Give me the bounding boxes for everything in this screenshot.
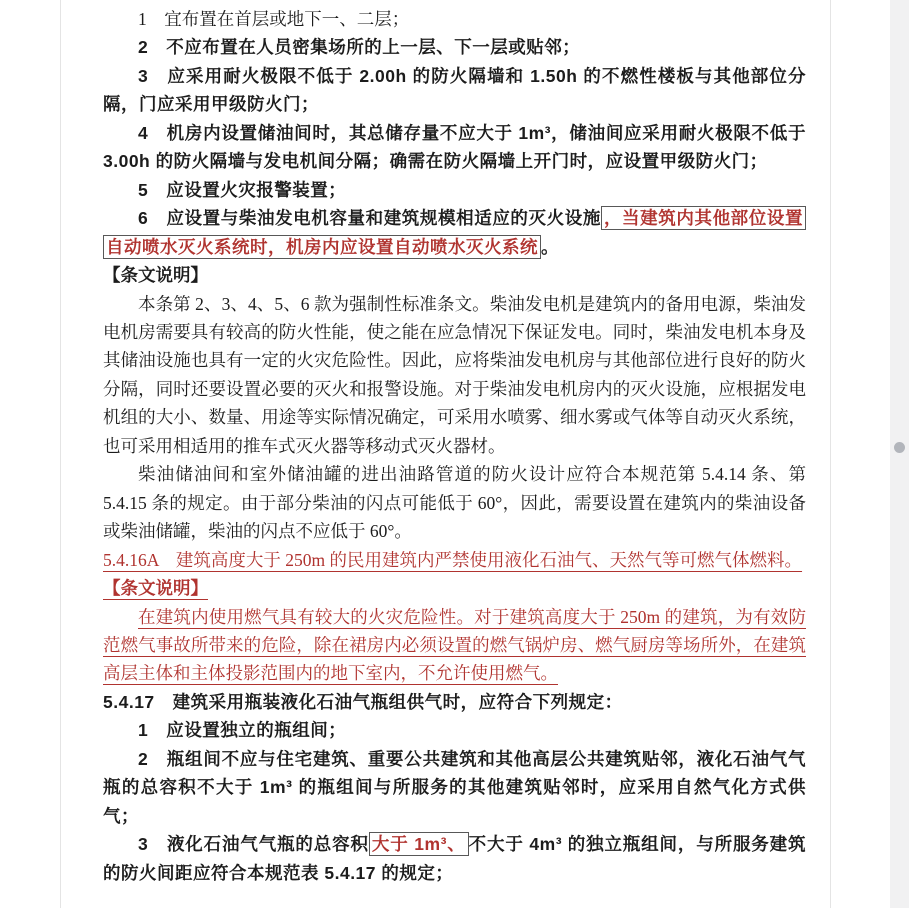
clause-text: 1 宜布置在首层或地下一、二层；: [138, 9, 409, 29]
scrollbar-thumb[interactable]: [894, 442, 905, 453]
explanation-heading-black: 【条文说明】: [103, 261, 806, 289]
amendment-body-text: 在建筑内使用燃气具有较大的火灾危险性。对于建筑高度大于 250m 的建筑，为有效…: [103, 607, 806, 684]
heading-text: 【条文说明】: [103, 265, 208, 285]
clause-5-4-17-item-3: 3 液化石油气气瓶的总容积大于 1m³、不大于 4m³ 的独立瓶组间，与所服务建…: [103, 830, 806, 887]
clause-text: 3 液化石油气气瓶的总容积: [138, 834, 369, 854]
clause-item-5: 5 应设置火灾报警装置；: [103, 176, 806, 204]
clause-text: 4 机房内设置储油间时，其总储存量不应大于 1m³，储油间应采用耐火极限不低于 …: [103, 123, 806, 171]
red-boxed-insertion: 大于 1m³、: [369, 832, 469, 856]
scrollbar-track[interactable]: [890, 0, 909, 908]
explanation-paragraph-red: 在建筑内使用燃气具有较大的火灾危险性。对于建筑高度大于 250m 的建筑，为有效…: [103, 603, 806, 688]
explanation-paragraph-2: 柴油储油间和室外储油罐的进出油路管道的防火设计应符合本规范第 5.4.14 条、…: [103, 460, 806, 545]
document-page: 1 宜布置在首层或地下一、二层； 2 不应布置在人员密集场所的上一层、下一层或贴…: [103, 5, 806, 887]
clause-5-4-16A: 5.4.16A 建筑高度大于 250m 的民用建筑内严禁使用液化石油气、天然气等…: [103, 546, 806, 574]
clause-item-6: 6 应设置与柴油发电机容量和建筑规模相适应的灭火设施，当建筑内其他部位设置自动喷…: [103, 204, 806, 261]
clause-text: 2 不应布置在人员密集场所的上一层、下一层或贴邻；: [138, 37, 580, 57]
clause-text: 3 应采用耐火极限不低于 2.00h 的防火隔墙和 1.50h 的不燃性楼板与其…: [103, 66, 806, 114]
clause-item-3: 3 应采用耐火极限不低于 2.00h 的防火隔墙和 1.50h 的不燃性楼板与其…: [103, 62, 806, 119]
clause-text: 。: [541, 237, 559, 257]
clause-text: 2 瓶组间不应与住宅建筑、重要公共建筑和其他高层公共建筑贴邻，液化石油气气瓶的总…: [103, 749, 806, 826]
body-text: 柴油储油间和室外储油罐的进出油路管道的防火设计应符合本规范第 5.4.14 条、…: [103, 464, 806, 541]
amendment-clause-text: 5.4.16A 建筑高度大于 250m 的民用建筑内严禁使用液化石油气、天然气等…: [103, 550, 802, 570]
clause-5-4-17-item-1: 1 应设置独立的瓶组间；: [103, 716, 806, 744]
heading-text: 【条文说明】: [103, 578, 208, 598]
explanation-heading-red: 【条文说明】: [103, 574, 806, 602]
clause-5-4-17: 5.4.17 建筑采用瓶装液化石油气瓶组供气时，应符合下列规定：: [103, 688, 806, 716]
clause-5-4-17-item-2: 2 瓶组间不应与住宅建筑、重要公共建筑和其他高层公共建筑贴邻，液化石油气气瓶的总…: [103, 745, 806, 830]
page-left-edge: [60, 0, 61, 908]
clause-text: 1 应设置独立的瓶组间；: [138, 720, 346, 740]
clause-text: 5 应设置火灾报警装置；: [138, 180, 346, 200]
body-text: 本条第 2、3、4、5、6 款为强制性标准条文。柴油发电机是建筑内的备用电源，柴…: [103, 294, 806, 456]
page-right-edge: [830, 0, 831, 908]
clause-text: 6 应设置与柴油发电机容量和建筑规模相适应的灭火设施: [138, 208, 601, 228]
clause-text: 5.4.17 建筑采用瓶装液化石油气瓶组供气时，应符合下列规定：: [103, 692, 623, 712]
explanation-paragraph-1: 本条第 2、3、4、5、6 款为强制性标准条文。柴油发电机是建筑内的备用电源，柴…: [103, 290, 806, 461]
clause-item-2: 2 不应布置在人员密集场所的上一层、下一层或贴邻；: [103, 33, 806, 61]
clause-item-1: 1 宜布置在首层或地下一、二层；: [103, 5, 806, 33]
clause-item-4: 4 机房内设置储油间时，其总储存量不应大于 1m³，储油间应采用耐火极限不低于 …: [103, 119, 806, 176]
